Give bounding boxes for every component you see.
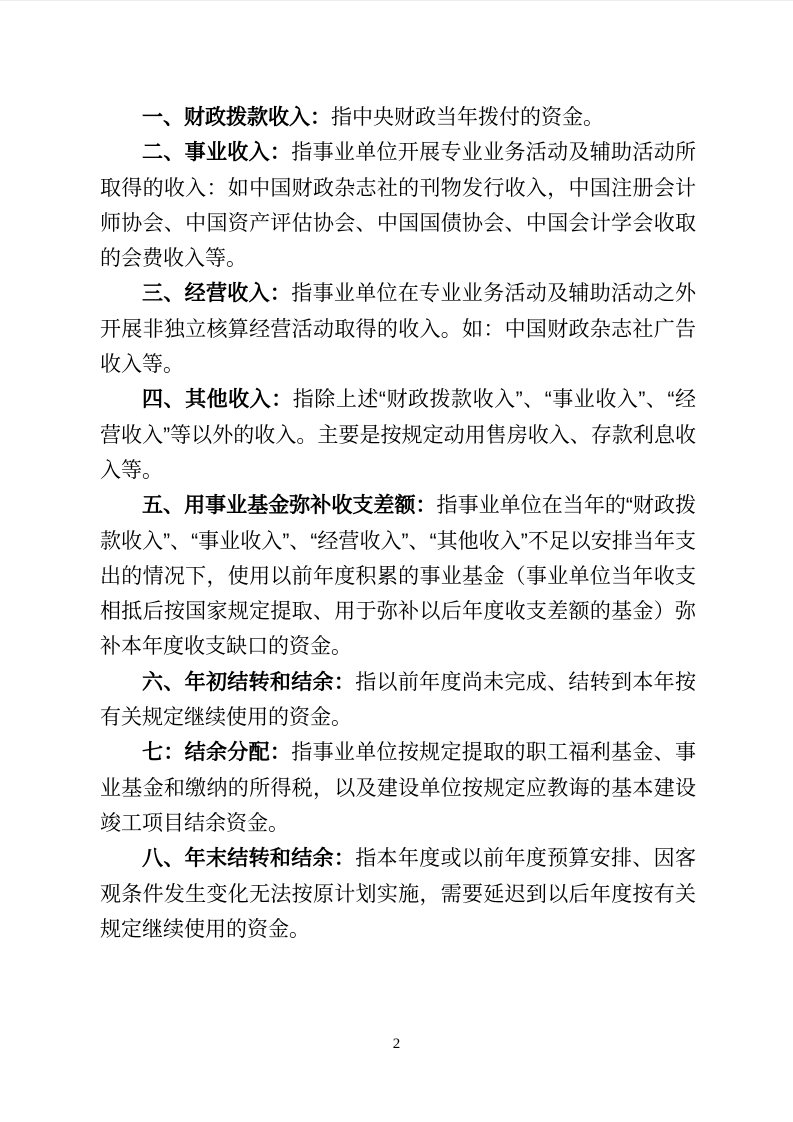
definition-paragraph-fund-deficit-coverage: 五、用事业基金弥补收支差额：指事业单位在当年的“财政拨款收入”、“事业收入”、“… [100,488,696,664]
definition-paragraph-fiscal-appropriation-income: 一、财政拨款收入：指中央财政当年拨付的资金。 [100,100,696,135]
term-definition: 指中央财政当年拨付的资金。 [331,106,604,129]
page-number: 2 [393,1036,401,1052]
term-heading: 二、事业收入： [142,141,291,164]
document-page: 一、财政拨款收入：指中央财政当年拨付的资金。 二、事业收入：指事业单位开展专业业… [0,0,793,1122]
term-heading: 六、年初结转和结余： [142,671,355,694]
term-heading: 五、用事业基金弥补收支差额： [142,494,437,517]
document-body: 一、财政拨款收入：指中央财政当年拨付的资金。 二、事业收入：指事业单位开展专业业… [100,100,696,947]
page-footer: 2 [0,1035,793,1053]
term-heading: 一、财政拨款收入： [142,106,331,129]
definition-paragraph-year-end-carryover: 八、年末结转和结余：指本年度或以前年度预算安排、因客观条件发生变化无法按原计划实… [100,841,696,947]
term-heading: 八、年末结转和结余： [142,847,355,870]
term-heading: 七：结余分配： [142,741,291,764]
term-heading: 四、其他收入： [142,388,293,411]
definition-paragraph-other-income: 四、其他收入：指除上述“财政拨款收入”、“事业收入”、“经营收入”等以外的收入。… [100,382,696,488]
definition-paragraph-surplus-distribution: 七：结余分配：指事业单位按规定提取的职工福利基金、事业基金和缴纳的所得税，以及建… [100,735,696,841]
definition-paragraph-operating-income: 二、事业收入：指事业单位开展专业业务活动及辅助活动所取得的收入：如中国财政杂志社… [100,135,696,276]
term-definition: 指事业单位在当年的“财政拨款收入”、“事业收入”、“经营收入”、“其他收入”不足… [100,494,696,658]
definition-paragraph-business-income: 三、经营收入：指事业单位在专业业务活动及辅助活动之外开展非独立核算经营活动取得的… [100,276,696,382]
term-heading: 三、经营收入： [142,282,291,305]
definition-paragraph-beginning-year-carryover: 六、年初结转和结余：指以前年度尚未完成、结转到本年按有关规定继续使用的资金。 [100,665,696,736]
